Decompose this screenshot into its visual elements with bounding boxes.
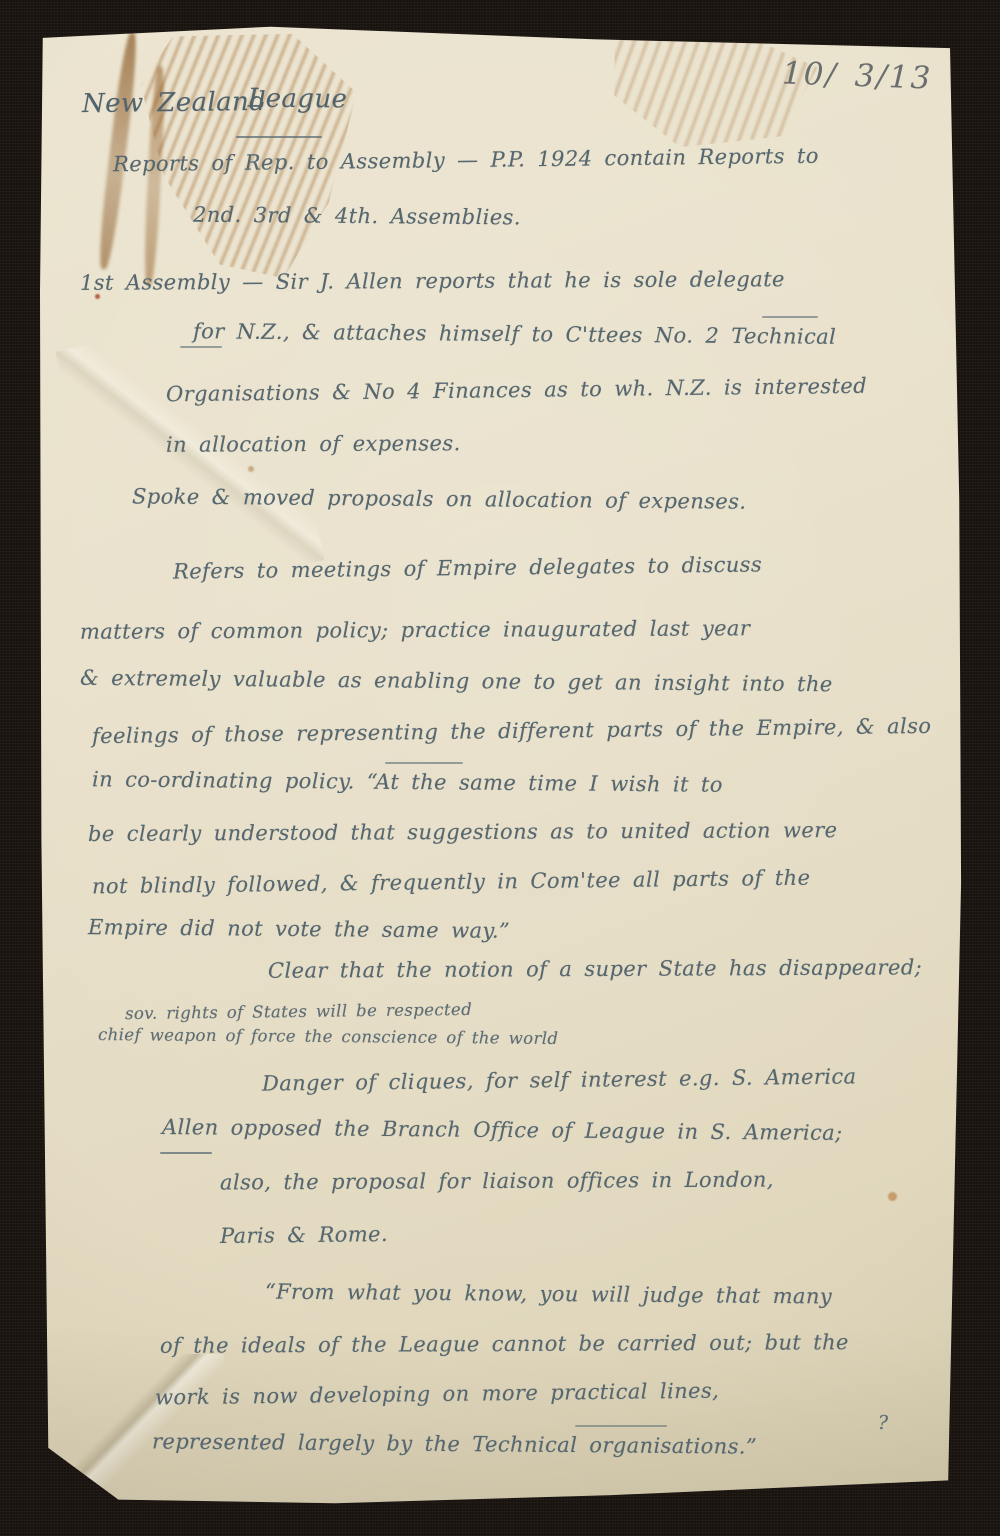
interlinear-insertion: sov. rights of States will be respected	[125, 1000, 472, 1023]
query-mark: ?	[878, 1412, 889, 1434]
handwritten-line: & extremely valuable as enabling one to …	[80, 666, 833, 697]
rust-spot	[248, 466, 254, 472]
handwritten-line: also, the proposal for liaison offices i…	[220, 1168, 774, 1195]
ink-underline	[236, 136, 322, 138]
handwritten-line: in co-ordinating policy. “At the same ti…	[92, 767, 723, 797]
handwritten-line: Empire did not vote the same way.”	[88, 915, 510, 943]
handwritten-line: for N.Z., & attaches himself to C'ttees …	[193, 319, 836, 349]
handwritten-line: in allocation of expenses.	[166, 431, 461, 457]
ink-underline	[160, 1152, 212, 1154]
handwritten-line: Organisations & No 4 Finances as to wh. …	[166, 374, 867, 407]
handwritten-line: Spoke & moved proposals on allocation of…	[132, 484, 747, 513]
handwritten-line: feelings of those representing the diffe…	[92, 714, 932, 748]
ink-underline	[385, 762, 463, 764]
rust-spot	[888, 1192, 897, 1201]
handwritten-line: Reports of Rep. to Assembly — P.P. 1924 …	[113, 144, 819, 177]
page-title-right: League	[248, 84, 348, 115]
ink-underline	[575, 1425, 667, 1427]
handwritten-line: Clear that the notion of a super State h…	[268, 955, 922, 982]
photograph-of-manuscript: { "palette": { "background": "#1b1511", …	[0, 0, 1000, 1536]
ink-underline	[180, 346, 222, 348]
handwritten-line: Paris & Rome.	[220, 1222, 388, 1248]
page-title-left: New Zealand	[82, 87, 267, 119]
manuscript-page: New Zealand League 10/ 3/13 Reports of R…	[40, 26, 962, 1504]
ink-underline	[762, 316, 818, 318]
handwritten-line: Danger of cliques, for self interest e.g…	[262, 1064, 857, 1095]
handwritten-line: work is now developing on more practical…	[155, 1379, 719, 1410]
handwritten-line: represented largely by the Technical org…	[152, 1429, 757, 1458]
rust-stain-streak	[96, 32, 141, 270]
handwritten-line: not blindly followed, & frequently in Co…	[92, 866, 811, 899]
handwritten-line: “From what you know, you will judge that…	[265, 1280, 832, 1309]
handwritten-line: Allen opposed the Branch Office of Leagu…	[162, 1115, 843, 1145]
handwritten-line: matters of common policy; practice inaug…	[80, 616, 750, 644]
handwritten-line: of the ideals of the League cannot be ca…	[160, 1330, 849, 1358]
handwritten-line: 1st Assembly — Sir J. Allen reports that…	[80, 267, 785, 295]
interlinear-insertion: chief weapon of force the conscience of …	[98, 1025, 559, 1048]
handwritten-line: Refers to meetings of Empire delegates t…	[173, 552, 762, 583]
handwritten-line: 2nd. 3rd & 4th. Assemblies.	[193, 203, 521, 230]
folio-number: 10/ 3/13	[781, 55, 933, 96]
handwritten-line: be clearly understood that suggestions a…	[88, 818, 838, 846]
